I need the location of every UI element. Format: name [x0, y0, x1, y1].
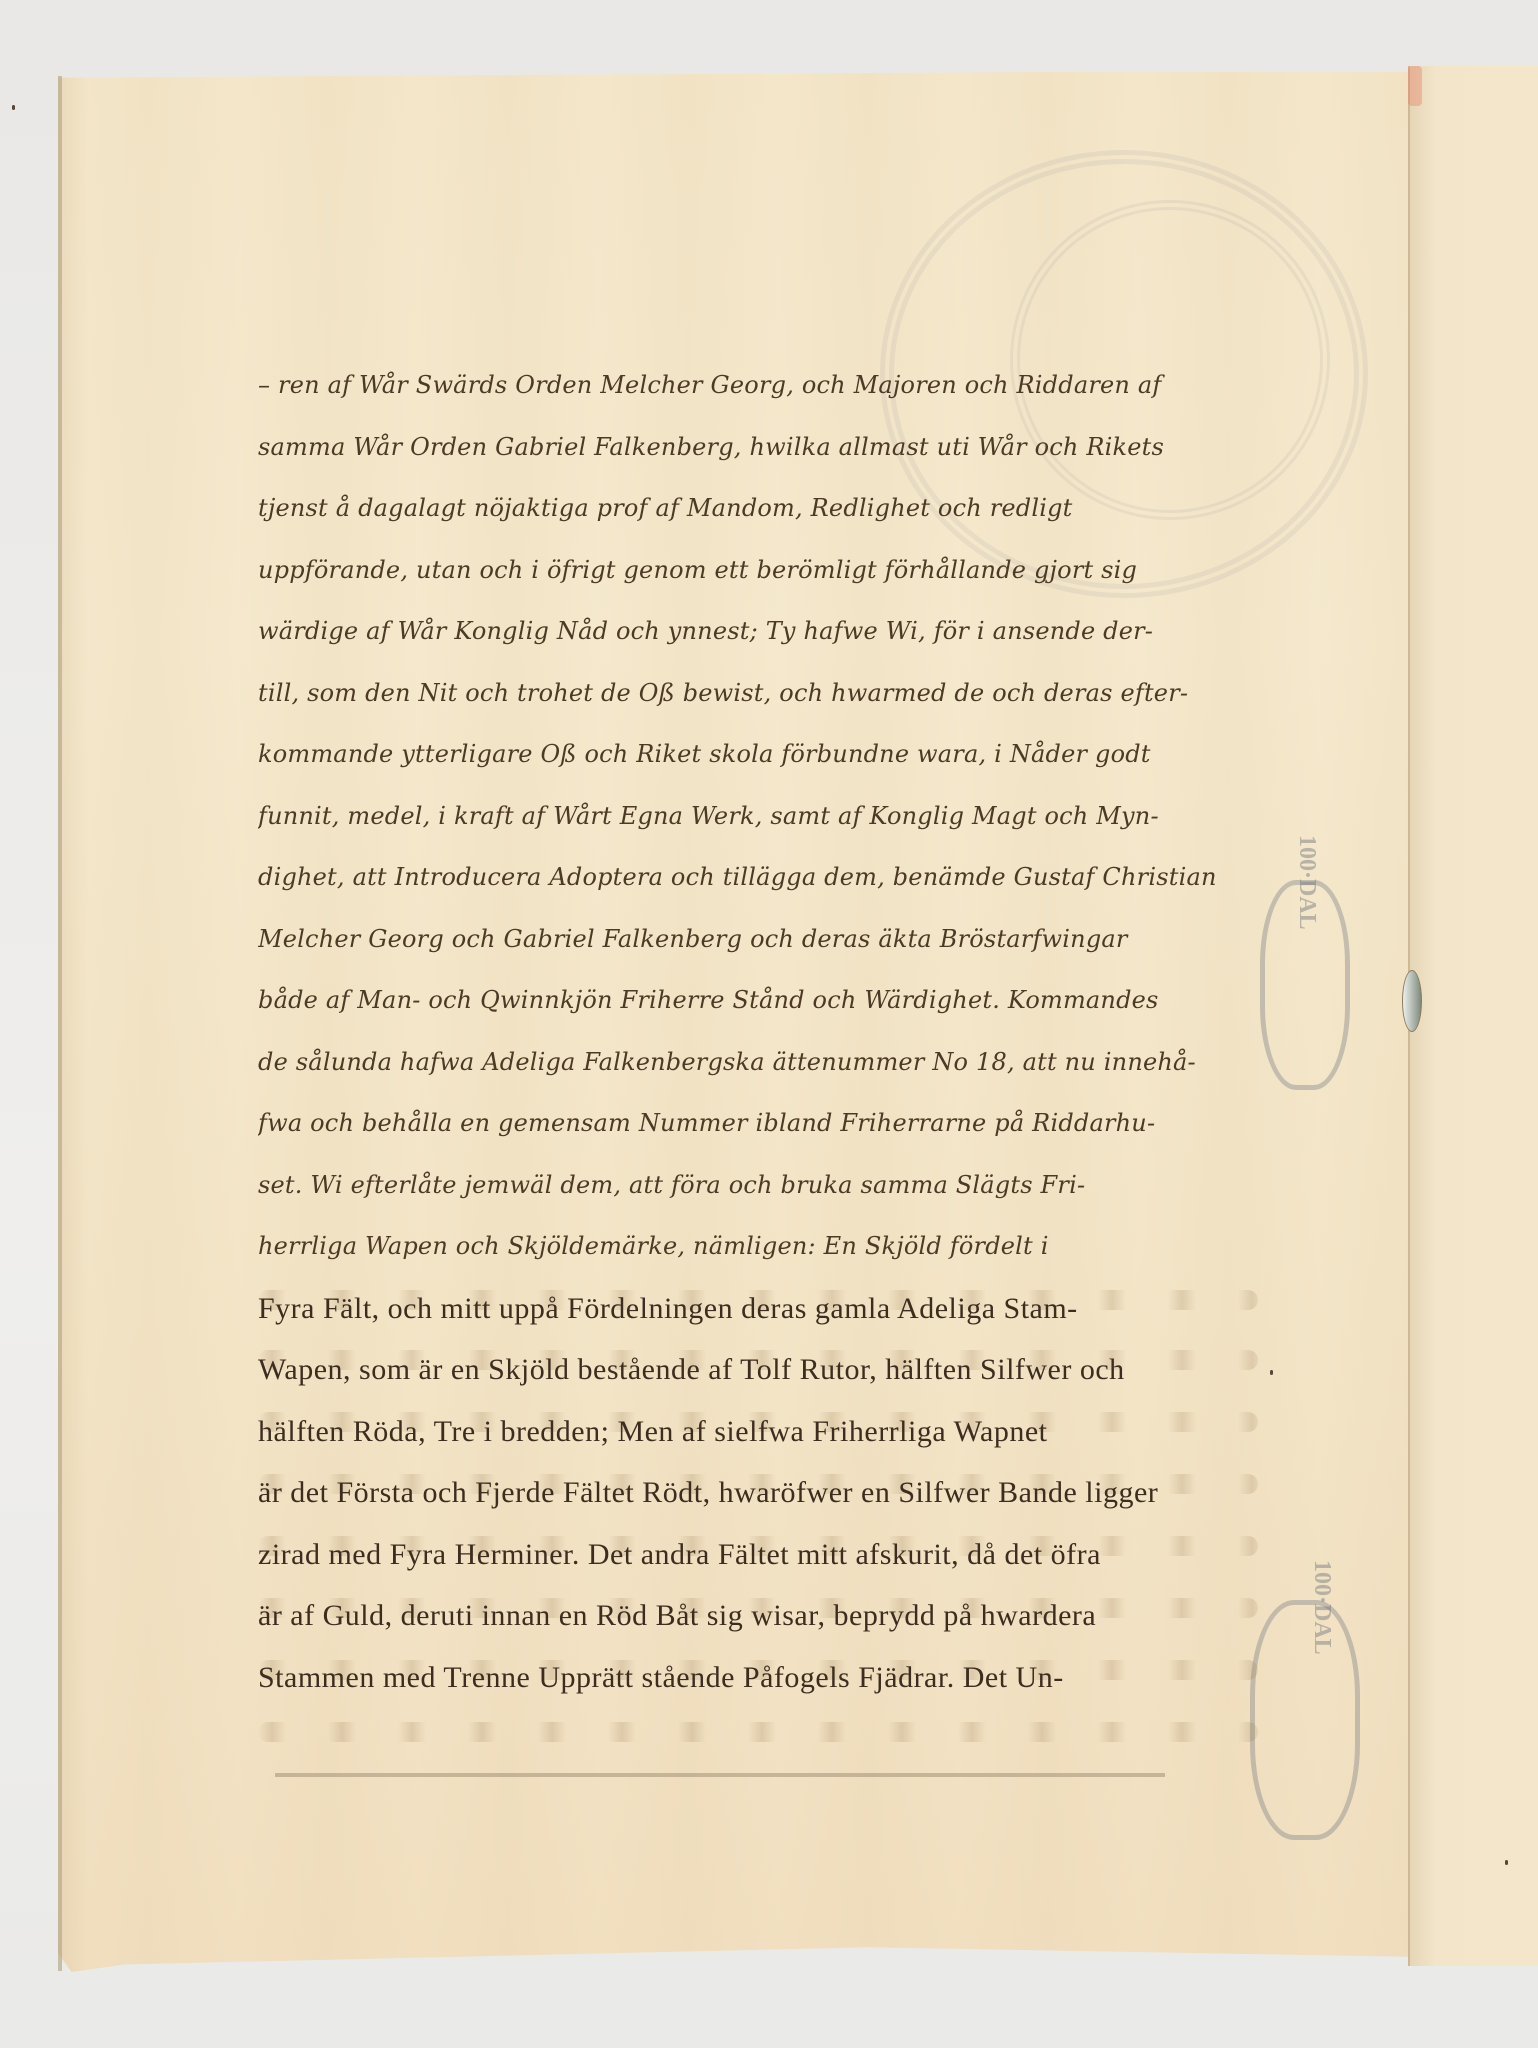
text-line-calligraphic: är af Guld, deruti innan en Röd Båt sig …	[258, 1585, 1258, 1647]
text-line: fwa och behålla en gemensam Nummer iblan…	[258, 1093, 1258, 1155]
text-line-calligraphic: zirad med Fyra Herminer. Det andra Fälte…	[258, 1524, 1258, 1586]
text-line: funnit, medel, i kraft af Wårt Egna Werk…	[258, 786, 1258, 848]
paper-hole	[1402, 970, 1422, 1032]
text-line: tjenst å dagalagt nöjaktiga prof af Mand…	[258, 478, 1258, 540]
text-line: samma Wår Orden Gabriel Falkenberg, hwil…	[258, 417, 1258, 479]
text-line: både af Man- och Qwinnkjön Friherre Stån…	[258, 970, 1258, 1032]
stamp-100-dal-lower: 100·DAL	[1308, 1560, 1335, 1655]
text-line: herrliga Wapen och Skjöldemärke, nämlige…	[258, 1216, 1258, 1278]
bleed-through-rule	[275, 1773, 1165, 1777]
text-line: uppförande, utan och i öfrigt genom ett …	[258, 540, 1258, 602]
dust-speck	[12, 105, 15, 110]
text-line: – ren af Wår Swärds Orden Melcher Georg,…	[258, 355, 1258, 417]
text-line-calligraphic: hälften Röda, Tre i bredden; Men af siel…	[258, 1401, 1258, 1463]
text-line-calligraphic: Stammen med Trenne Upprätt stående Påfog…	[258, 1647, 1258, 1709]
text-line: Melcher Georg och Gabriel Falkenberg och…	[258, 909, 1258, 971]
text-line-calligraphic: Wapen, som är en Skjöld bestående af Tol…	[258, 1339, 1258, 1401]
red-wax-stain	[1408, 66, 1422, 106]
text-line: dighet, att Introducera Adoptera och til…	[258, 847, 1258, 909]
text-line-calligraphic: Fyra Fält, och mitt uppå Fördelningen de…	[258, 1278, 1258, 1340]
text-line: till, som den Nit och trohet de Oß bewis…	[258, 663, 1258, 725]
manuscript-text: – ren af Wår Swärds Orden Melcher Georg,…	[258, 355, 1258, 1708]
stamp-100-dal-upper: 100·DAL	[1293, 835, 1320, 930]
text-line-calligraphic: är det Första och Fjerde Fältet Rödt, hw…	[258, 1462, 1258, 1524]
text-line: de sålunda hafwa Adeliga Falkenbergska ä…	[258, 1032, 1258, 1094]
text-line: kommande ytterligare Oß och Riket skola …	[258, 724, 1258, 786]
text-line: wärdige af Wår Konglig Nåd och ynnest; T…	[258, 601, 1258, 663]
sheet-edge	[58, 76, 62, 1971]
bleed-through-stamp-mark	[1250, 1600, 1360, 1840]
dust-speck	[1505, 1860, 1508, 1865]
dust-speck	[1270, 1370, 1273, 1375]
folded-page-flap	[1408, 66, 1538, 1966]
calligraphic-flourish	[258, 1722, 1258, 1742]
text-line: set. Wi efterlåte jemwäl dem, att föra o…	[258, 1155, 1258, 1217]
